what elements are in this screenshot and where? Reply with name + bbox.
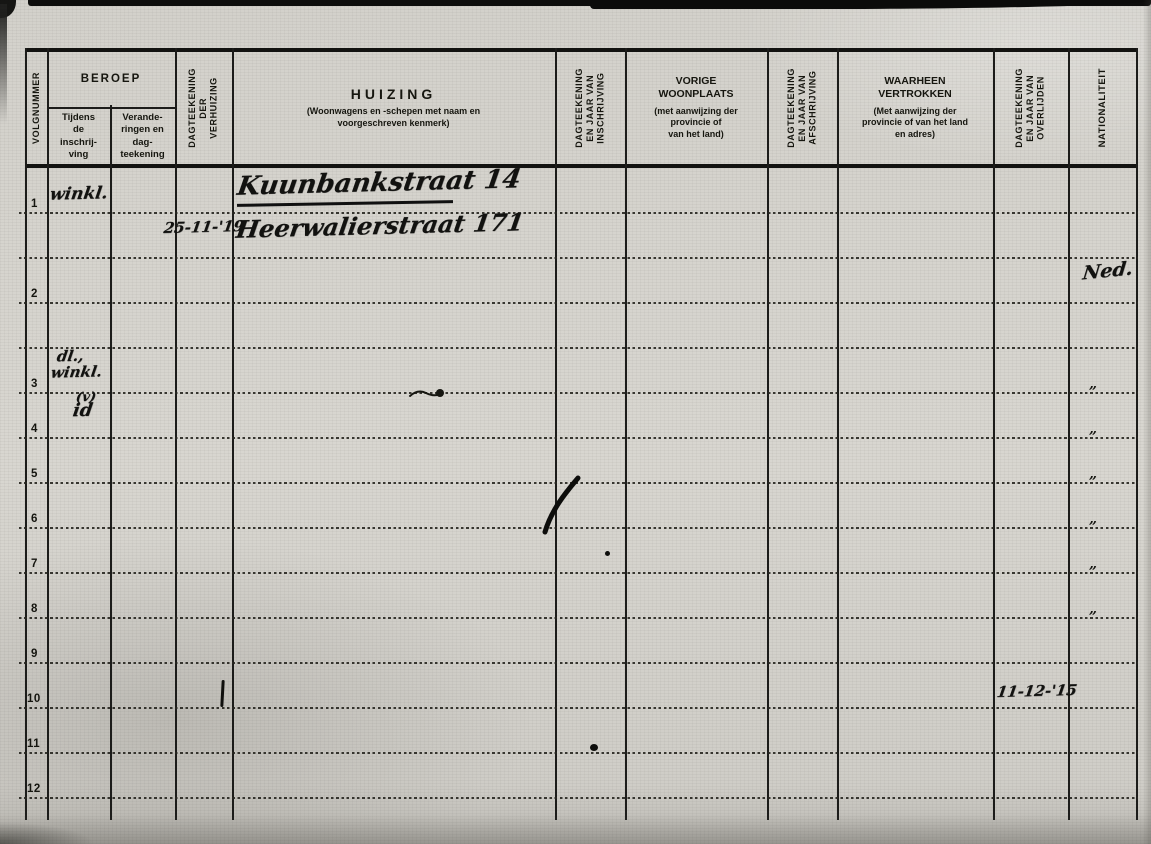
row-number: 10	[27, 693, 41, 705]
ruled-line	[19, 797, 1138, 799]
entry-row1-huizing-struck: Kuunbankstraat 14	[235, 164, 523, 201]
header-beroep-label: BEROEP	[81, 73, 142, 85]
scan-smudge-bottom-left	[0, 822, 95, 844]
entry-row3-beroep-line2: winkl.	[50, 362, 104, 381]
row-number: 5	[31, 468, 38, 480]
ruled-line	[19, 392, 1138, 394]
header-vorige-sub: (met aanwijzing der provincie of van het…	[654, 106, 738, 141]
ruled-line	[19, 572, 1138, 574]
header-nationaliteit-label: NATIONALITEIT	[1097, 68, 1108, 147]
header-huizing: HUIZING (Woonwagens en -schepen met naam…	[232, 52, 555, 164]
ditto-mark: „	[1089, 466, 1097, 482]
register-table: VOLGNUMMER BEROEP Tijdens de inschrij- v…	[25, 48, 1138, 820]
ruled-line	[19, 662, 1138, 664]
scan-smudge-left	[0, 4, 7, 124]
entry-row2-nationaliteit: Ned.	[1081, 257, 1134, 284]
header-volgnummer: VOLGNUMMER	[25, 52, 47, 164]
header-waarheen-vertrokken: WAARHEEN VERTROKKEN (Met aanwijzing der …	[837, 52, 993, 164]
header-overlijden: DAGTEEKENING EN JAAR VAN OVERLIJDEN	[993, 52, 1068, 164]
header-verhuizing-label: DAGTEEKENING DER VERHUIZING	[187, 68, 219, 148]
header-beroep-sub2: Verande- ringen en dag- teekening	[110, 109, 175, 164]
row-number: 8	[31, 603, 38, 615]
header-volgnummer-label: VOLGNUMMER	[31, 72, 42, 144]
ditto-mark: „	[1089, 601, 1097, 617]
ditto-mark: „	[1089, 376, 1097, 392]
header-nationaliteit: NATIONALITEIT	[1068, 52, 1138, 164]
scan-shadow-bottom	[0, 814, 1151, 844]
row-number: 6	[31, 513, 38, 525]
ruled-line	[19, 437, 1138, 439]
row-number: 2	[31, 288, 38, 300]
entry-row1-verhuizing-date: 25-11-'19	[162, 217, 245, 237]
header-beroep-sub1: Tijdens de inschrij- ving	[47, 109, 110, 164]
header-waarheen-title: WAARHEEN VERTROKKEN	[878, 75, 952, 101]
ruled-line	[19, 617, 1138, 619]
header-inschrijving-label: DAGTEEKENING EN JAAR VAN INSCHRIJVING	[574, 68, 606, 148]
header-afschrijving-label: DAGTEEKENING EN JAAR VAN AFSCHRIJVING	[786, 68, 818, 148]
header-waarheen-sub: (Met aanwijzing der provincie of van het…	[862, 106, 968, 141]
entry-row1-huizing: Heerwalierstraat 171	[234, 207, 526, 243]
ruled-line	[19, 302, 1138, 304]
ditto-mark: „	[1089, 556, 1097, 572]
header-overlijden-label: DAGTEEKENING EN JAAR VAN OVERLIJDEN	[1014, 68, 1046, 148]
header-beroep: BEROEP	[47, 52, 175, 105]
ruled-line	[19, 707, 1138, 709]
pen-stroke-row10	[220, 680, 224, 707]
row-number: 12	[27, 783, 41, 795]
header-beroep-sub1-label: Tijdens de inschrij- ving	[60, 112, 97, 161]
header-beroep-sub2-label: Verande- ringen en dag- teekening	[120, 112, 164, 161]
pen-squiggle-mark	[408, 385, 456, 403]
header-bottom-border	[25, 164, 1138, 168]
ditto-mark: „	[1089, 421, 1097, 437]
row-number: 3	[31, 378, 38, 390]
row-number: 4	[31, 423, 38, 435]
entry-row1-beroep: winkl.	[48, 183, 109, 205]
row-number: 7	[31, 558, 38, 570]
strikethrough-line	[237, 200, 453, 206]
ink-dot	[605, 551, 610, 556]
header-vorige-woonplaats: VORIGE WOONPLAATS (met aanwijzing der pr…	[625, 52, 767, 164]
ink-dot	[590, 744, 598, 751]
header-vorige-title: VORIGE WOONPLAATS	[658, 75, 733, 101]
pen-curve-mark	[540, 476, 586, 536]
header-afschrijving: DAGTEEKENING EN JAAR VAN AFSCHRIJVING	[767, 52, 837, 164]
scanned-register-page: VOLGNUMMER BEROEP Tijdens de inschrij- v…	[0, 0, 1151, 844]
row-number: 9	[31, 648, 38, 660]
header-huizing-sub: (Woonwagens en -schepen met naam en voor…	[307, 106, 480, 129]
scan-edge-top-right	[590, 0, 1151, 9]
header-verhuizing: DAGTEEKENING DER VERHUIZING	[175, 52, 232, 164]
row-number: 11	[27, 738, 40, 750]
row-number: 1	[31, 198, 38, 210]
scan-edge-right	[1143, 0, 1151, 844]
header-inschrijving: DAGTEEKENING EN JAAR VAN INSCHRIJVING	[555, 52, 625, 164]
header-huizing-title: HUIZING	[351, 86, 437, 102]
ruled-line	[19, 347, 1138, 349]
ruled-line	[19, 212, 1138, 214]
ruled-line	[19, 257, 1138, 259]
entry-row4-beroep: id	[71, 400, 94, 422]
entry-row10-overlijden-date: 11-12-'15	[995, 681, 1078, 701]
ditto-mark: „	[1089, 511, 1097, 527]
ruled-line	[19, 752, 1138, 754]
